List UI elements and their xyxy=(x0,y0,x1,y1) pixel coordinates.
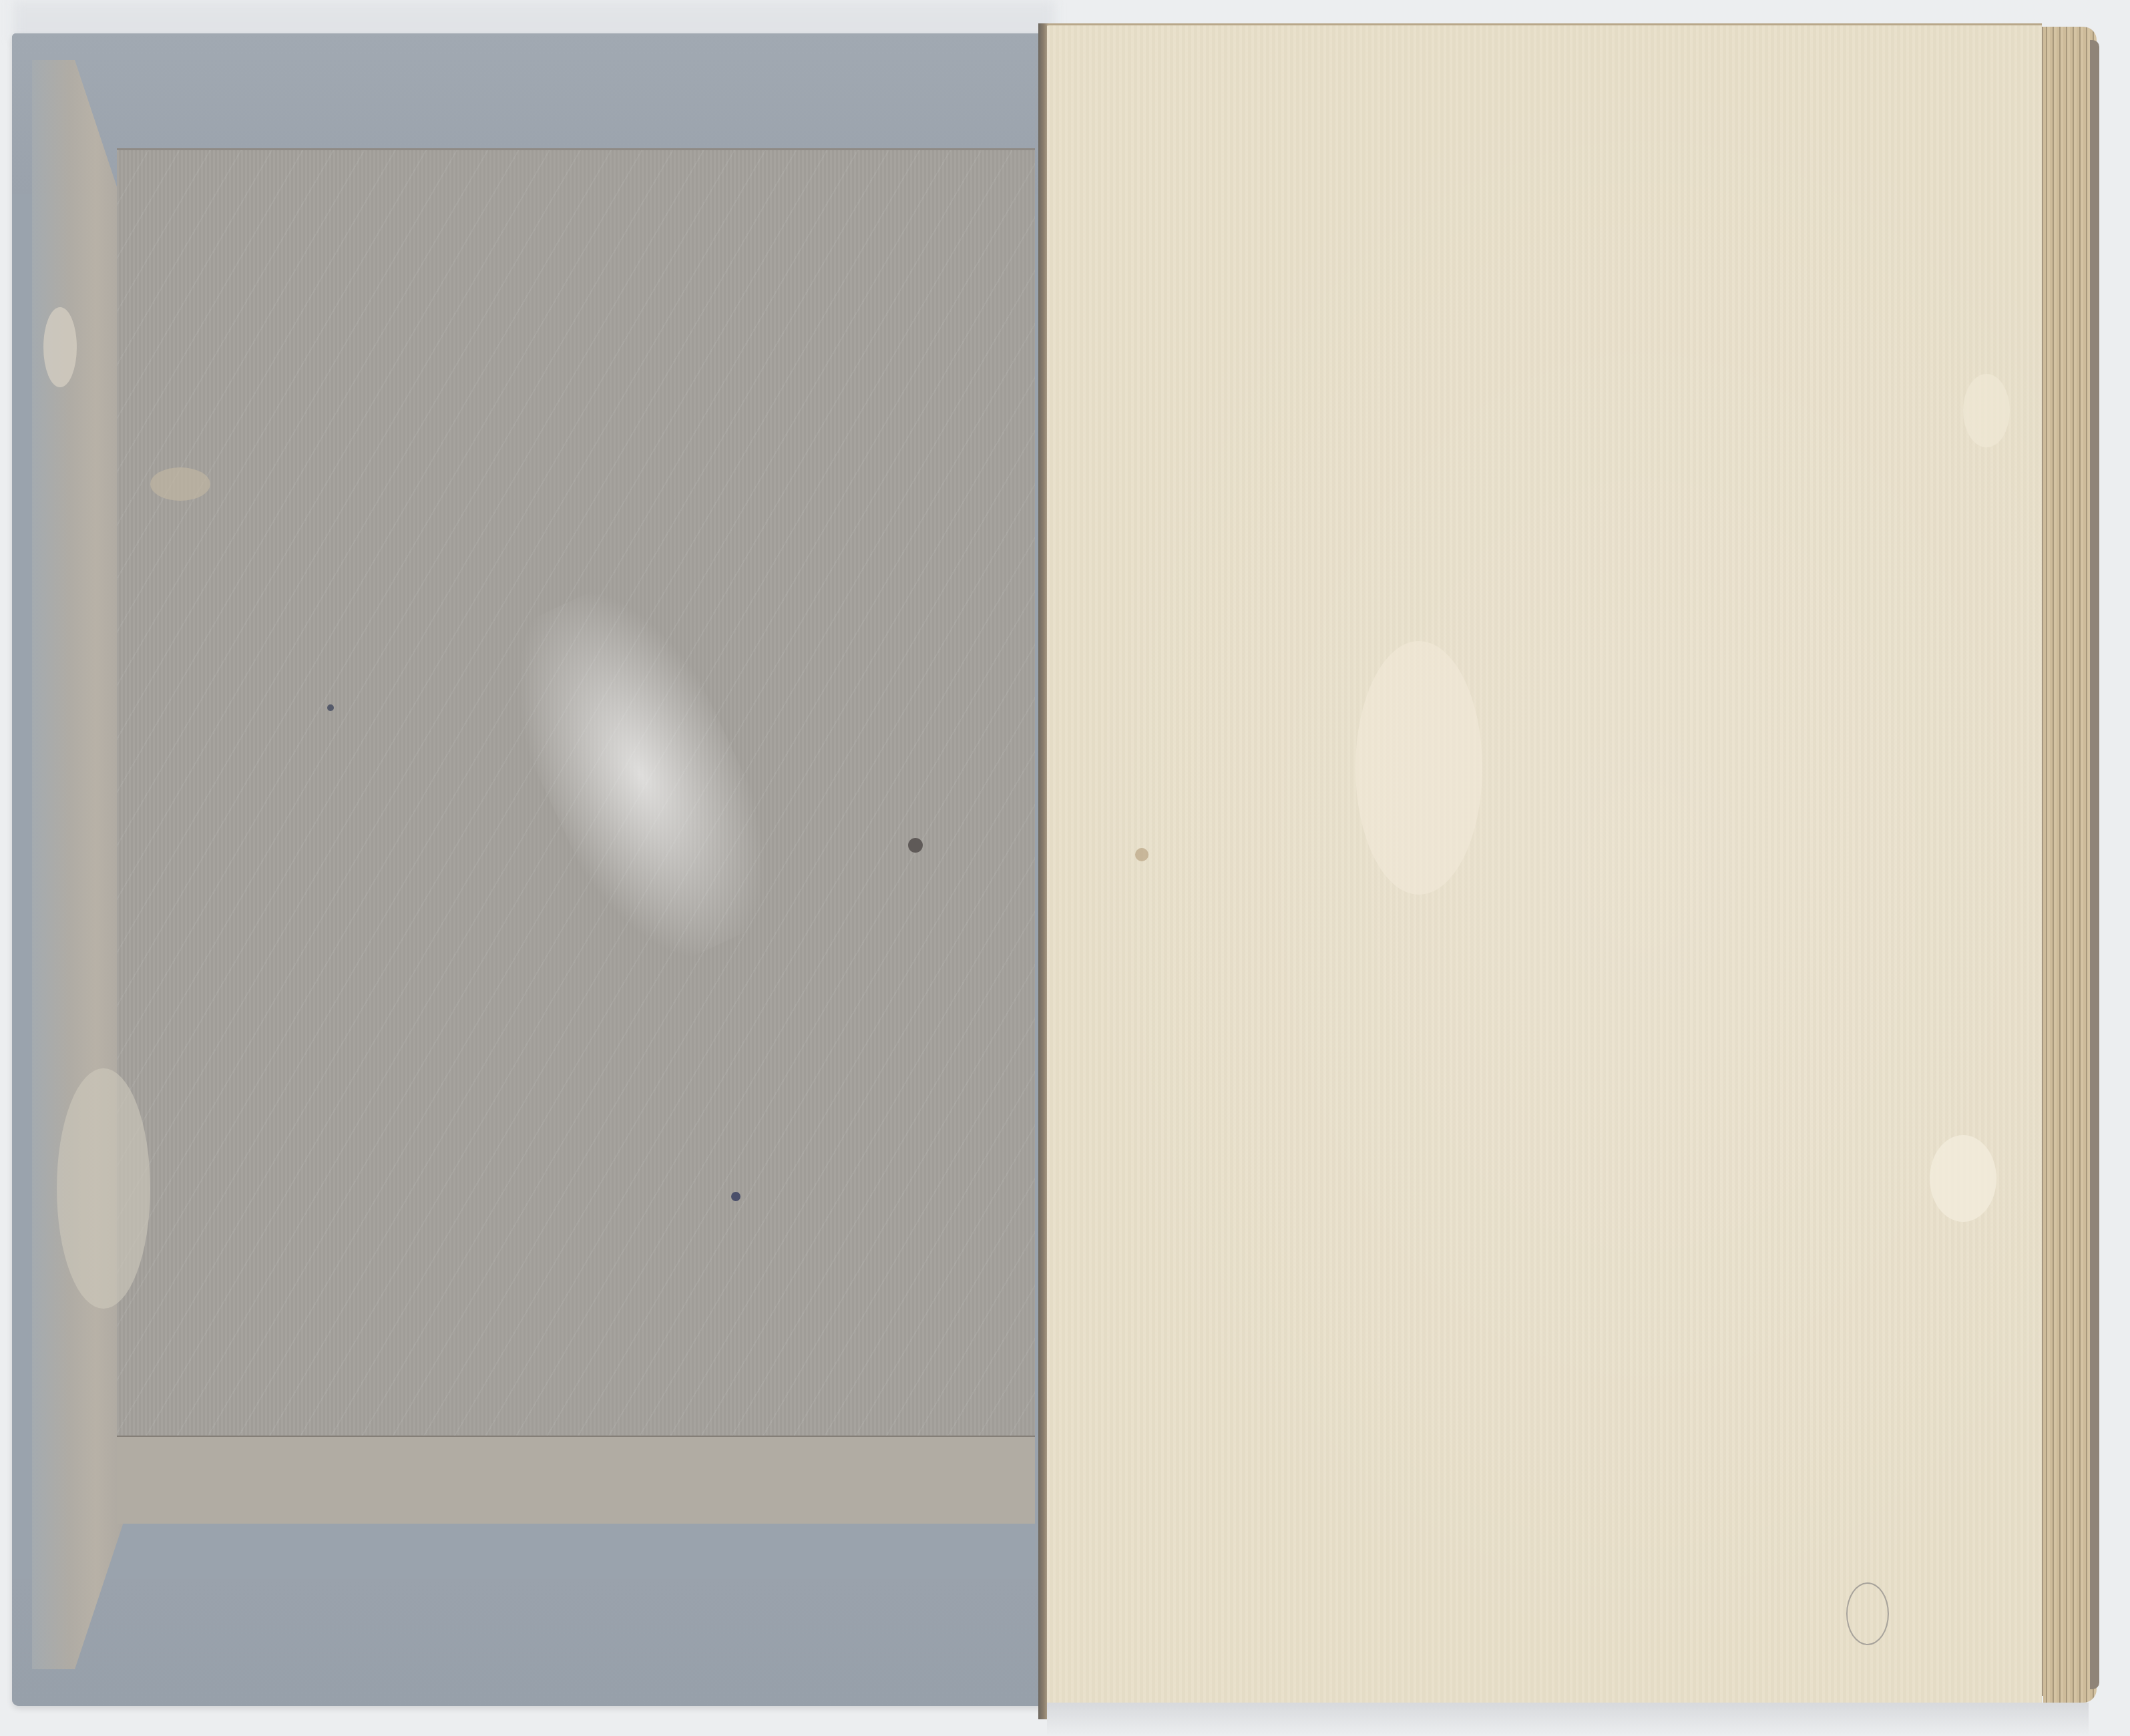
book-photograph xyxy=(0,0,2130,1736)
pale-patch xyxy=(1355,641,1482,895)
ink-spot xyxy=(908,838,923,853)
foxing-spot xyxy=(1135,848,1148,861)
worn-patch xyxy=(57,1068,150,1309)
bottom-shadow xyxy=(1047,1703,2089,1736)
back-cover-edge xyxy=(2090,40,2099,1689)
pencil-mark xyxy=(1846,1582,1889,1645)
ink-spot xyxy=(731,1192,740,1201)
ink-spot xyxy=(327,704,334,711)
pale-patch xyxy=(1930,1135,1996,1222)
pastedown-bottom-strip xyxy=(117,1436,1035,1524)
blank-page xyxy=(1047,23,2042,1705)
fore-edge-pages xyxy=(2043,27,2097,1703)
cover-bottom-turn-in xyxy=(12,1579,1047,1706)
worn-patch xyxy=(43,307,77,387)
pale-patch xyxy=(1963,374,2010,447)
worn-patch xyxy=(150,467,210,501)
